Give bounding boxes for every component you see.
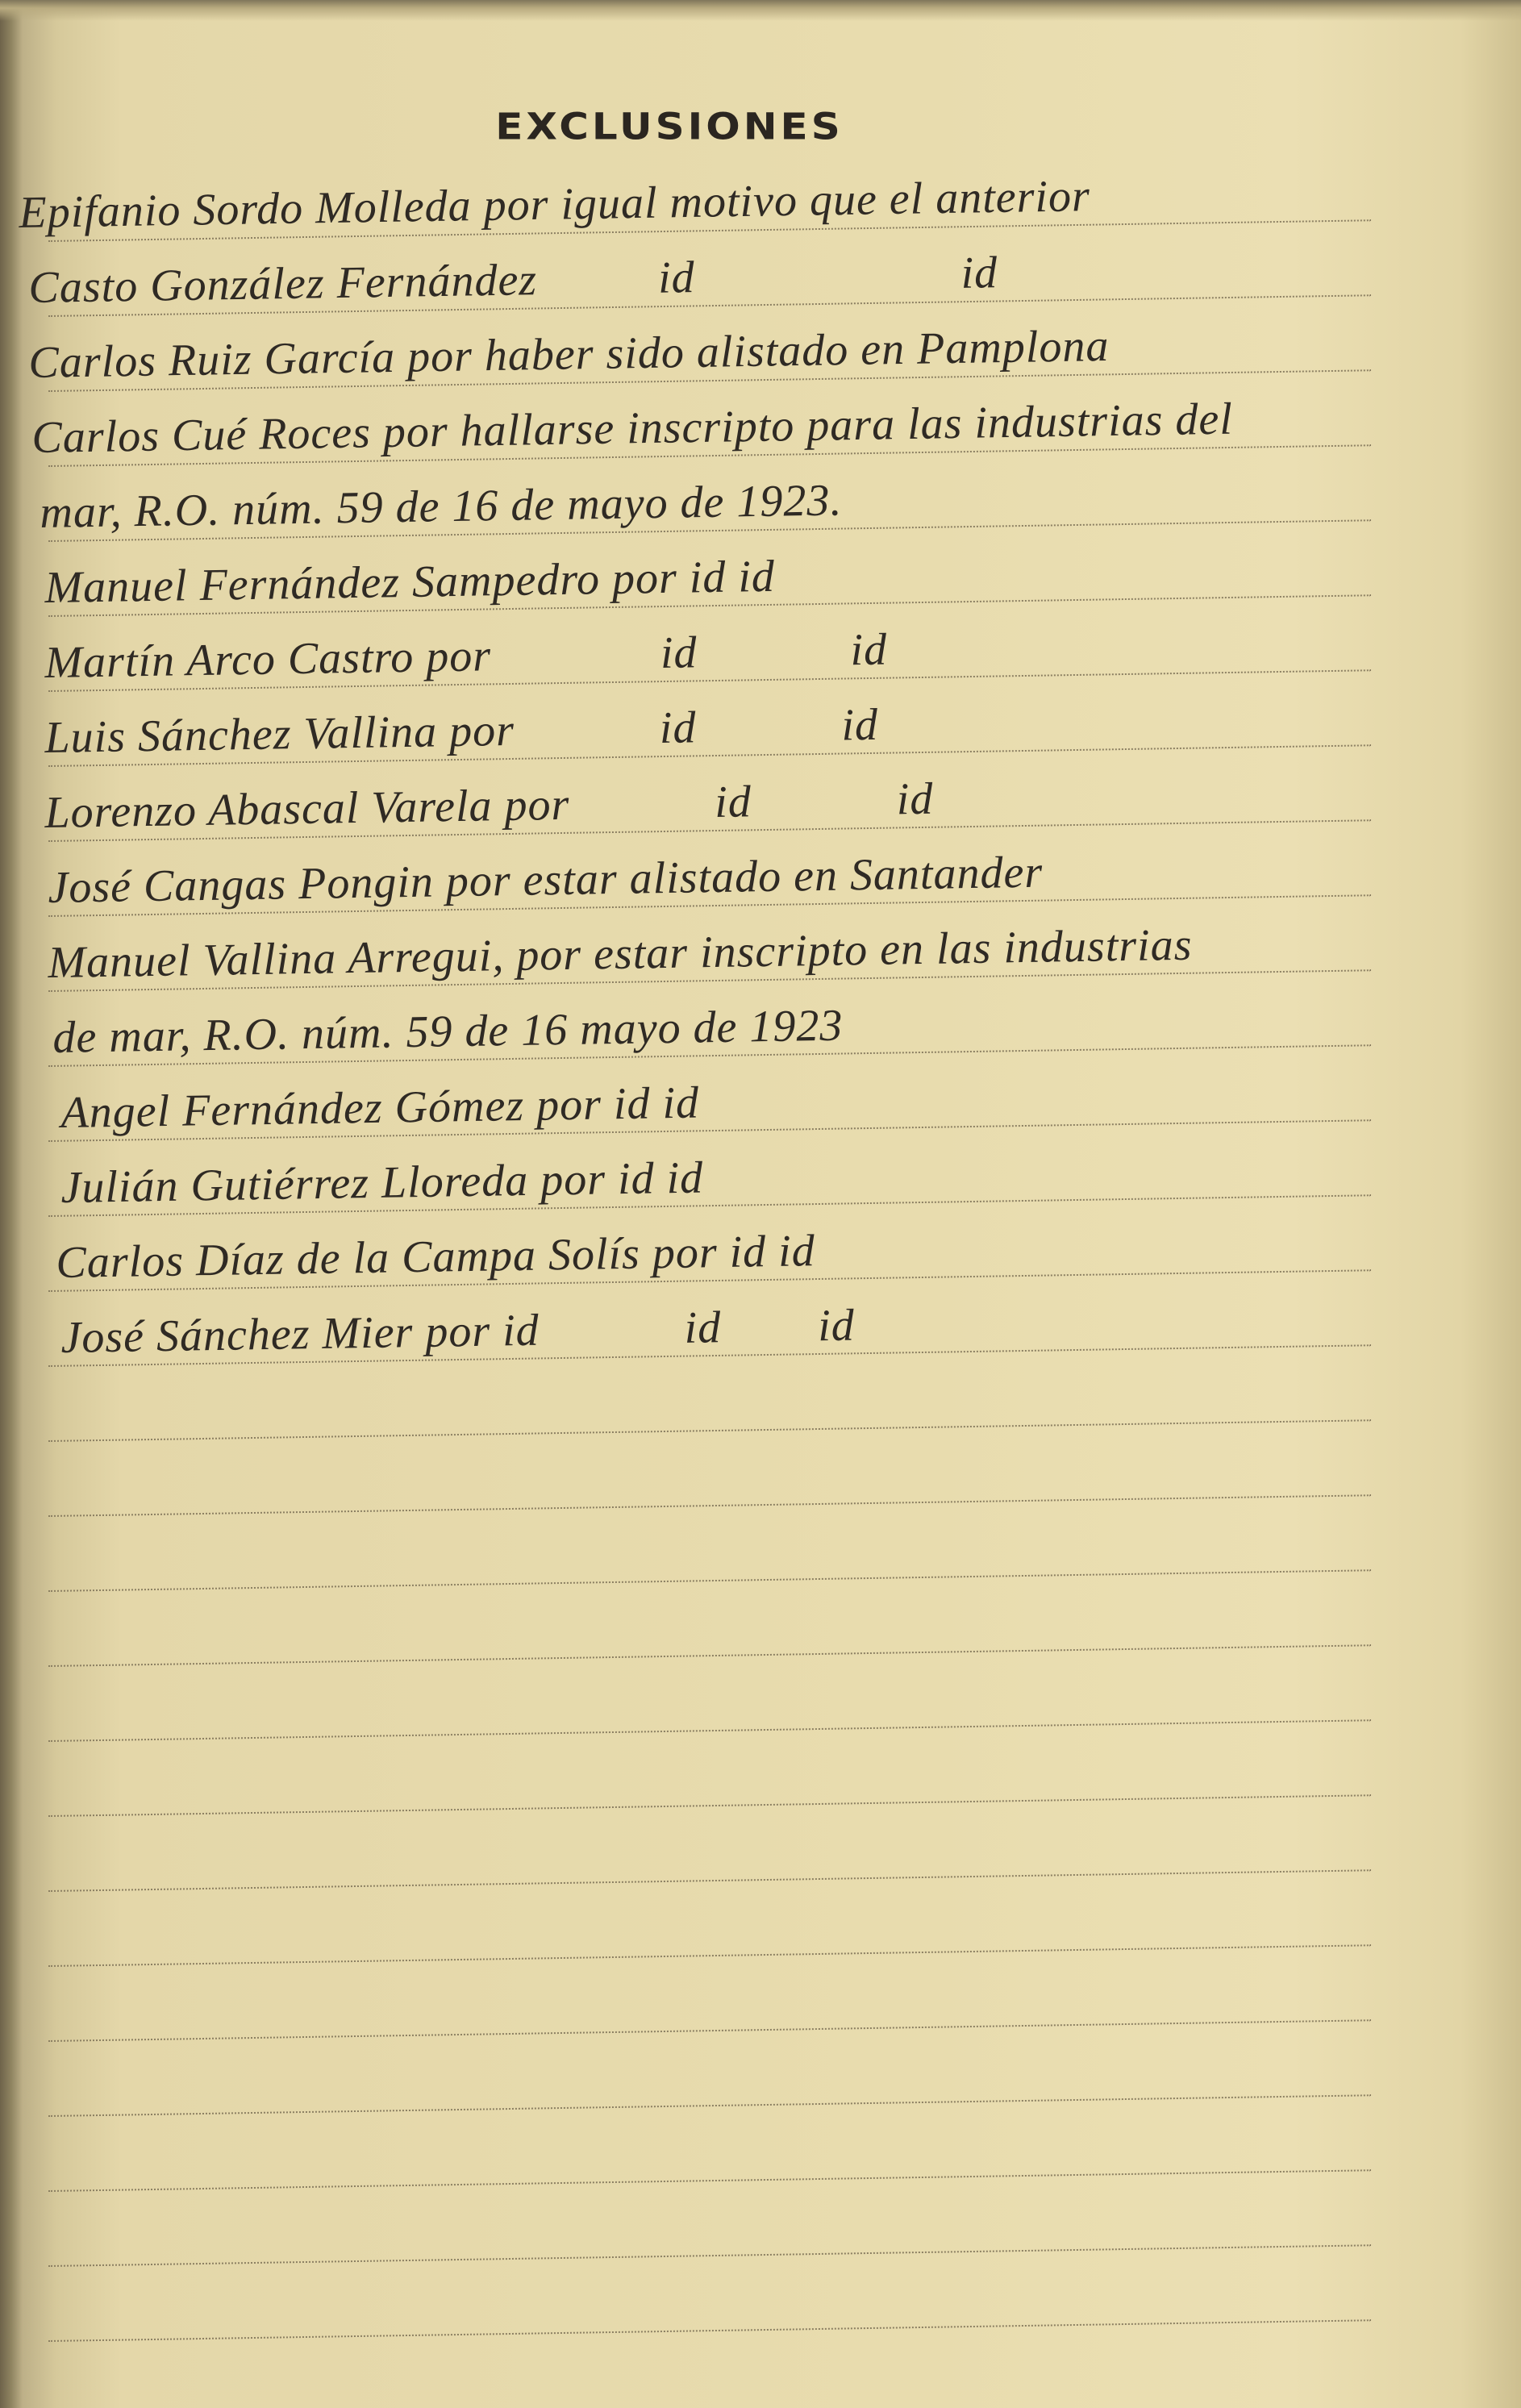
entry-name: Martín Arco Castro por [44,631,491,688]
ruled-line [48,2244,1371,2267]
entry-name: Casto González Fernández [28,255,538,313]
entry-name: José Sánchez Mier por id [60,1306,540,1363]
ruled-line [48,1569,1371,1592]
entry-ditto: id [715,777,752,827]
entry-line-1: Epifanio Sordo Molleda por igual motivo … [19,170,1090,239]
entry-line-4: Carlos Cué Roces por hallarse inscripto … [31,394,1233,464]
ruled-line [48,2169,1371,2192]
entry-ditto: id [659,702,697,753]
entry-ditto: id [684,1302,722,1353]
ruled-line [48,1719,1371,1742]
ruled-line [48,1644,1371,1667]
entry-line-13: Angel Fernández Gómez por id id [60,1077,699,1139]
entry-line-3: Carlos Ruiz García por haber sido alista… [28,320,1110,389]
entry-name: Luis Sánchez Vallina por [44,706,515,763]
entry-ditto: id [658,252,696,303]
entry-line-14: Julián Gutiérrez Lloreda por id id [60,1152,704,1214]
ruled-line [48,2319,1371,2342]
ledger-page: EXCLUSIONES Epifanio Sordo Molleda por i… [0,0,1521,2408]
entry-ditto: id [961,248,998,298]
ruled-line [48,1869,1371,1892]
entry-line-11: Manuel Vallina Arregui, por estar inscri… [48,919,1193,989]
ruled-line [48,2094,1371,2117]
ruled-line [48,1419,1371,1442]
ruled-line [48,1794,1371,1817]
entry-ditto: id [896,774,934,825]
entry-line-6: Manuel Fernández Sampedro por id id [44,551,775,614]
entry-ditto: id [841,700,879,751]
ruled-line [48,1944,1371,1967]
page-title: EXCLUSIONES [0,106,1339,148]
entry-name: Lorenzo Abascal Varela por [44,780,570,838]
ruled-line [48,2019,1371,2042]
ruled-line [48,1494,1371,1517]
entry-line-15: Carlos Díaz de la Campa Solís por id id [56,1225,815,1289]
entry-ditto: id [850,625,888,676]
entry-ditto: id [818,1301,856,1352]
entry-ditto: id [660,627,698,678]
